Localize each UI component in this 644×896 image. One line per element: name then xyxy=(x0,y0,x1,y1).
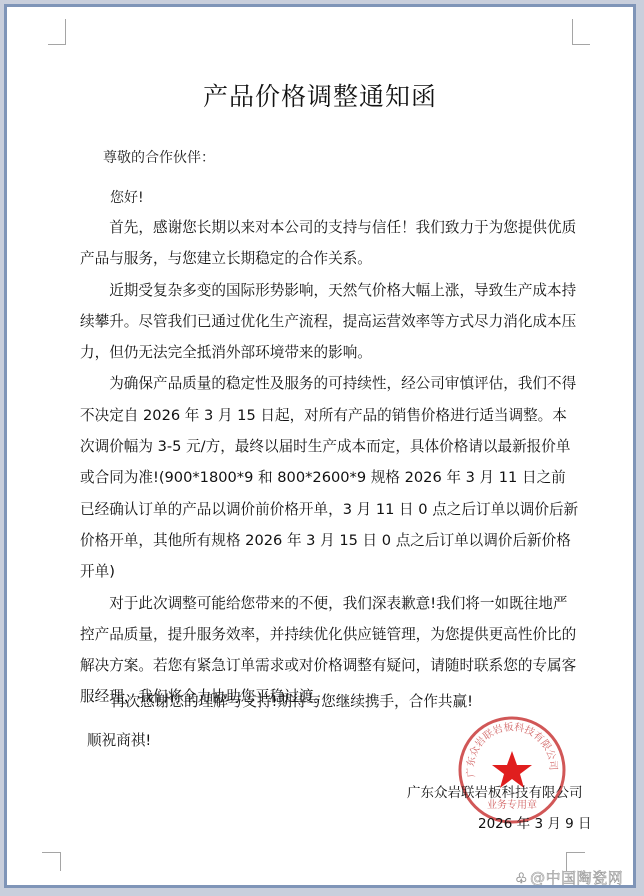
company-seal-icon: 广东众岩联岩板科技有限公司 业务专用章 xyxy=(457,715,567,825)
crop-mark-top-right xyxy=(572,19,590,45)
body-text: 首先，感谢您长期以来对本公司的支持与信任！我们致力于为您提供优质产品与服务，与您… xyxy=(80,212,580,713)
regards: 顺祝商祺! xyxy=(87,729,151,750)
document-page: 产品价格调整通知函 尊敬的合作伙伴： 您好! 首先，感谢您长期以来对本公司的支持… xyxy=(7,7,633,885)
crop-mark-bottom-left xyxy=(42,852,61,871)
closing-thanks: 再次感谢您的理解与支持!期待与您继续携手，合作共赢! xyxy=(111,690,473,711)
ceramic-logo-icon: ♧ xyxy=(515,871,528,885)
crop-mark-top-left xyxy=(48,19,66,45)
paragraph-cost-increase: 近期受复杂多变的国际形势影响，天然气价格大幅上涨，导致生产成本持续攀升。尽管我们… xyxy=(80,275,580,369)
greeting: 您好! xyxy=(110,187,144,207)
company-name: 广东众岩联岩板科技有限公司 xyxy=(407,781,583,801)
paragraph-thanks: 首先，感谢您长期以来对本公司的支持与信任！我们致力于为您提供优质产品与服务，与您… xyxy=(80,212,580,275)
watermark-text: @中国陶瓷网 xyxy=(530,869,623,885)
watermark: ♧@中国陶瓷网 xyxy=(515,867,623,885)
salutation: 尊敬的合作伙伴： xyxy=(103,147,215,167)
document-title: 产品价格调整通知函 xyxy=(7,77,633,113)
paragraph-price-adjustment: 为确保产品质量的稳定性及服务的可持续性，经公司审慎评估，我们不得不决定自 202… xyxy=(80,368,580,587)
document-date: 2026 年 3 月 9 日 xyxy=(478,812,592,832)
